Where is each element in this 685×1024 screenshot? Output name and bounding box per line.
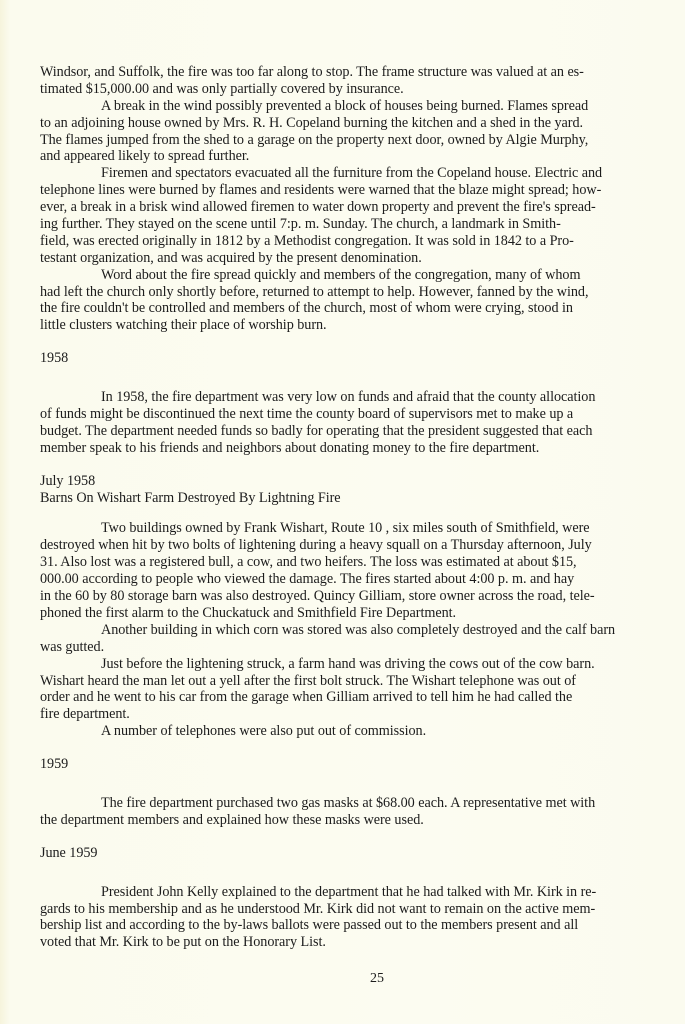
text-line: 000.00 according to people who viewed th… [40, 571, 685, 588]
heading-line: Barns On Wishart Farm Destroyed By Light… [40, 490, 685, 507]
text-line: Word about the fire spread quickly and m… [40, 267, 685, 284]
text-line: of funds might be discontinued the next … [40, 406, 685, 423]
text-line: fire department. [40, 706, 685, 723]
paragraph-block: In 1958, the fire department was very lo… [40, 389, 685, 457]
text-line: A number of telephones were also put out… [40, 723, 685, 740]
section-heading: 1958 [40, 350, 685, 367]
text-line: and appeared likely to spread further. [40, 148, 685, 165]
text-line: was gutted. [40, 639, 685, 656]
section-spacer [40, 367, 685, 389]
text-line: A break in the wind possibly prevented a… [40, 98, 685, 115]
heading-line: July 1958 [40, 473, 685, 490]
text-line: order and he went to his car from the ga… [40, 689, 685, 706]
text-line: President John Kelly explained to the de… [40, 884, 685, 901]
text-line: Just before the lightening struck, a far… [40, 656, 685, 673]
heading-line: June 1959 [40, 845, 685, 862]
section-heading: June 1959 [40, 845, 685, 862]
text-line: the department members and explained how… [40, 812, 685, 829]
section-heading: 1959 [40, 756, 685, 773]
page-number: 25 [370, 971, 384, 987]
text-line: Wishart heard the man let out a yell aft… [40, 673, 685, 690]
text-line: phoned the first alarm to the Chuckatuck… [40, 605, 685, 622]
text-line: timated $15,000.00 and was only partiall… [40, 81, 685, 98]
paragraph-block: The fire department purchased two gas ma… [40, 795, 685, 829]
text-line: telephone lines were burned by flames an… [40, 182, 685, 199]
text-line: Firemen and spectators evacuated all the… [40, 165, 685, 182]
text-line: Two buildings owned by Frank Wishart, Ro… [40, 520, 685, 537]
paragraph-block: President John Kelly explained to the de… [40, 884, 685, 952]
text-line: The fire department purchased two gas ma… [40, 795, 685, 812]
text-line: destroyed when hit by two bolts of light… [40, 537, 685, 554]
section-spacer [40, 862, 685, 884]
text-line: ing further. They stayed on the scene un… [40, 216, 685, 233]
text-line: 31. Also lost was a registered bull, a c… [40, 554, 685, 571]
text-line: Windsor, and Suffolk, the fire was too f… [40, 64, 685, 81]
text-line: bership list and according to the by-law… [40, 917, 685, 934]
text-line: ever, a break in a brisk wind allowed fi… [40, 199, 685, 216]
paragraph-block: Two buildings owned by Frank Wishart, Ro… [40, 520, 685, 740]
text-line: little clusters watching their place of … [40, 317, 685, 334]
text-line: budget. The department needed funds so b… [40, 423, 685, 440]
heading-line: 1958 [40, 350, 685, 367]
text-line: Another building in which corn was store… [40, 622, 685, 639]
text-line: the fire couldn't be controlled and memb… [40, 300, 685, 317]
page-body: Windsor, and Suffolk, the fire was too f… [40, 64, 685, 951]
section-spacer [40, 457, 685, 473]
text-line: in the 60 by 80 storage barn was also de… [40, 588, 685, 605]
text-line: In 1958, the fire department was very lo… [40, 389, 685, 406]
section-spacer [40, 829, 685, 845]
text-line: voted that Mr. Kirk to be put on the Hon… [40, 934, 685, 951]
text-line: testant organization, and was acquired b… [40, 250, 685, 267]
text-line: had left the church only shortly before,… [40, 284, 685, 301]
section-spacer [40, 740, 685, 756]
text-line: field, was erected originally in 1812 by… [40, 233, 685, 250]
paragraph-block: Windsor, and Suffolk, the fire was too f… [40, 64, 685, 334]
text-line: gards to his membership and as he unders… [40, 901, 685, 918]
text-line: The flames jumped from the shed to a gar… [40, 132, 685, 149]
document-page: Windsor, and Suffolk, the fire was too f… [0, 0, 685, 1024]
text-line: member speak to his friends and neighbor… [40, 440, 685, 457]
heading-line: 1959 [40, 756, 685, 773]
section-spacer [40, 334, 685, 350]
section-spacer [40, 506, 685, 520]
section-spacer [40, 773, 685, 795]
section-heading: July 1958Barns On Wishart Farm Destroyed… [40, 473, 685, 507]
text-line: to an adjoining house owned by Mrs. R. H… [40, 115, 685, 132]
